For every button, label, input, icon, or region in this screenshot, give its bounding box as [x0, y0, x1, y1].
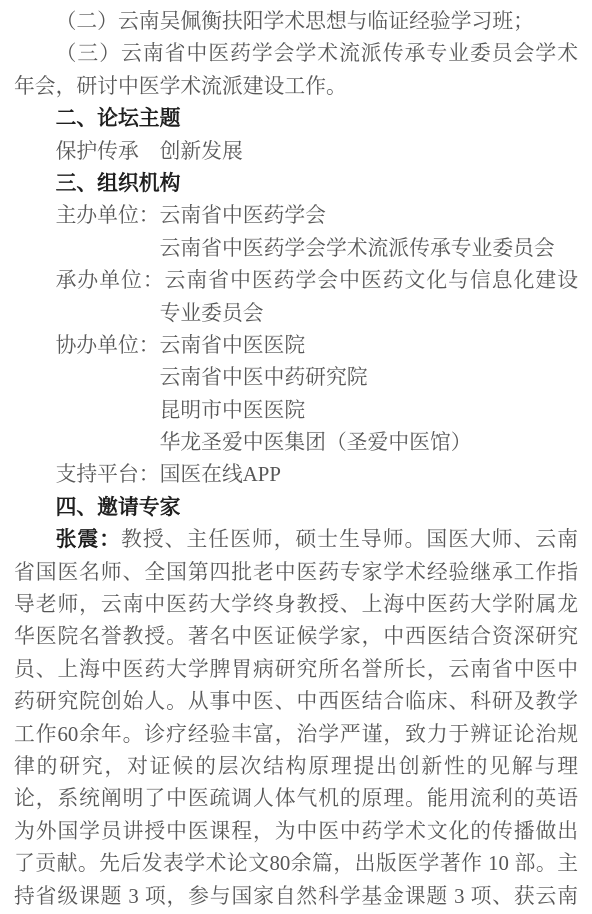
clause-item-2: （二）云南吴佩衡扶阳学术思想与临证经验学习班； — [14, 6, 578, 38]
expert-bio-line-10: 为外国学员讲授中医课程，为中医中药学术文化的传播做出 — [14, 816, 578, 848]
forum-theme-text: 保护传承 创新发展 — [14, 136, 578, 168]
heading-forum-theme: 二、论坛主题 — [14, 103, 578, 135]
co-organizer-line-2: 云南省中医中药研究院 — [14, 362, 578, 394]
expert-bio-line-2: 省国医名师、全国第四批老中医药专家学术经验继承工作指 — [14, 557, 578, 589]
expert-bio-text: 教授、主任医师，硕士生导师。国医大师、云南 — [121, 528, 578, 551]
heading-invited-experts: 四、邀请专家 — [14, 492, 578, 524]
co-organizer-line-3: 昆明市中医医院 — [14, 395, 578, 427]
co-organizer-line-4: 华龙圣爱中医集团（圣爱中医馆） — [14, 427, 578, 459]
expert-bio-line-11: 了贡献。先后发表学术论文80余篇，出版医学著作 10 部。主 — [14, 848, 578, 880]
expert-bio-line-12: 持省级课题 3 项，参与国家自然科学基金课题 3 项、获云南 — [14, 881, 578, 913]
support-platform-line: 支持平台：国医在线APP — [14, 459, 578, 491]
expert-bio-line-3: 导老师，云南中医药大学终身教授、上海中医药大学附属龙 — [14, 589, 578, 621]
co-organizer-line-1: 协办单位：云南省中医医院 — [14, 330, 578, 362]
host-unit-line-2: 云南省中医药学会学术流派传承专业委员会 — [14, 233, 578, 265]
expert-name: 张震： — [56, 528, 121, 551]
heading-organization: 三、组织机构 — [14, 168, 578, 200]
clause-item-3-line-2: 年会，研讨中医学术流派建设工作。 — [14, 71, 578, 103]
expert-bio-line-1: 张震：教授、主任医师，硕士生导师。国医大师、云南 — [14, 524, 578, 556]
organizer-unit-line: 承办单位：云南省中医药学会中医药文化与信息化建设 — [14, 265, 578, 297]
expert-bio-line-7: 工作60余年。诊疗经验丰富，治学严谨，致力于辨证论治规 — [14, 719, 578, 751]
organizer-unit-line-2: 专业委员会 — [14, 298, 578, 330]
clause-item-3-line-1: （三）云南省中医药学会学术流派传承专业委员会学术 — [14, 38, 578, 70]
expert-bio-line-4: 华医院名誉教授。著名中医证候学家，中西医结合资深研究 — [14, 621, 578, 653]
expert-bio-line-9: 论，系统阐明了中医疏调人体气机的原理。能用流利的英语 — [14, 783, 578, 815]
expert-bio-line-8: 律的研究，对证候的层次结构原理提出创新性的见解与理 — [14, 751, 578, 783]
expert-bio-line-6: 药研究院创始人。从事中医、中西医结合临床、科研及教学 — [14, 686, 578, 718]
host-unit-line: 主办单位：云南省中医药学会 — [14, 200, 578, 232]
expert-bio-line-5: 员、上海中医药大学脾胃病研究所名誉所长，云南省中医中 — [14, 654, 578, 686]
document-page: （二）云南吴佩衡扶阳学术思想与临证经验学习班； （三）云南省中医药学会学术流派传… — [0, 0, 592, 914]
